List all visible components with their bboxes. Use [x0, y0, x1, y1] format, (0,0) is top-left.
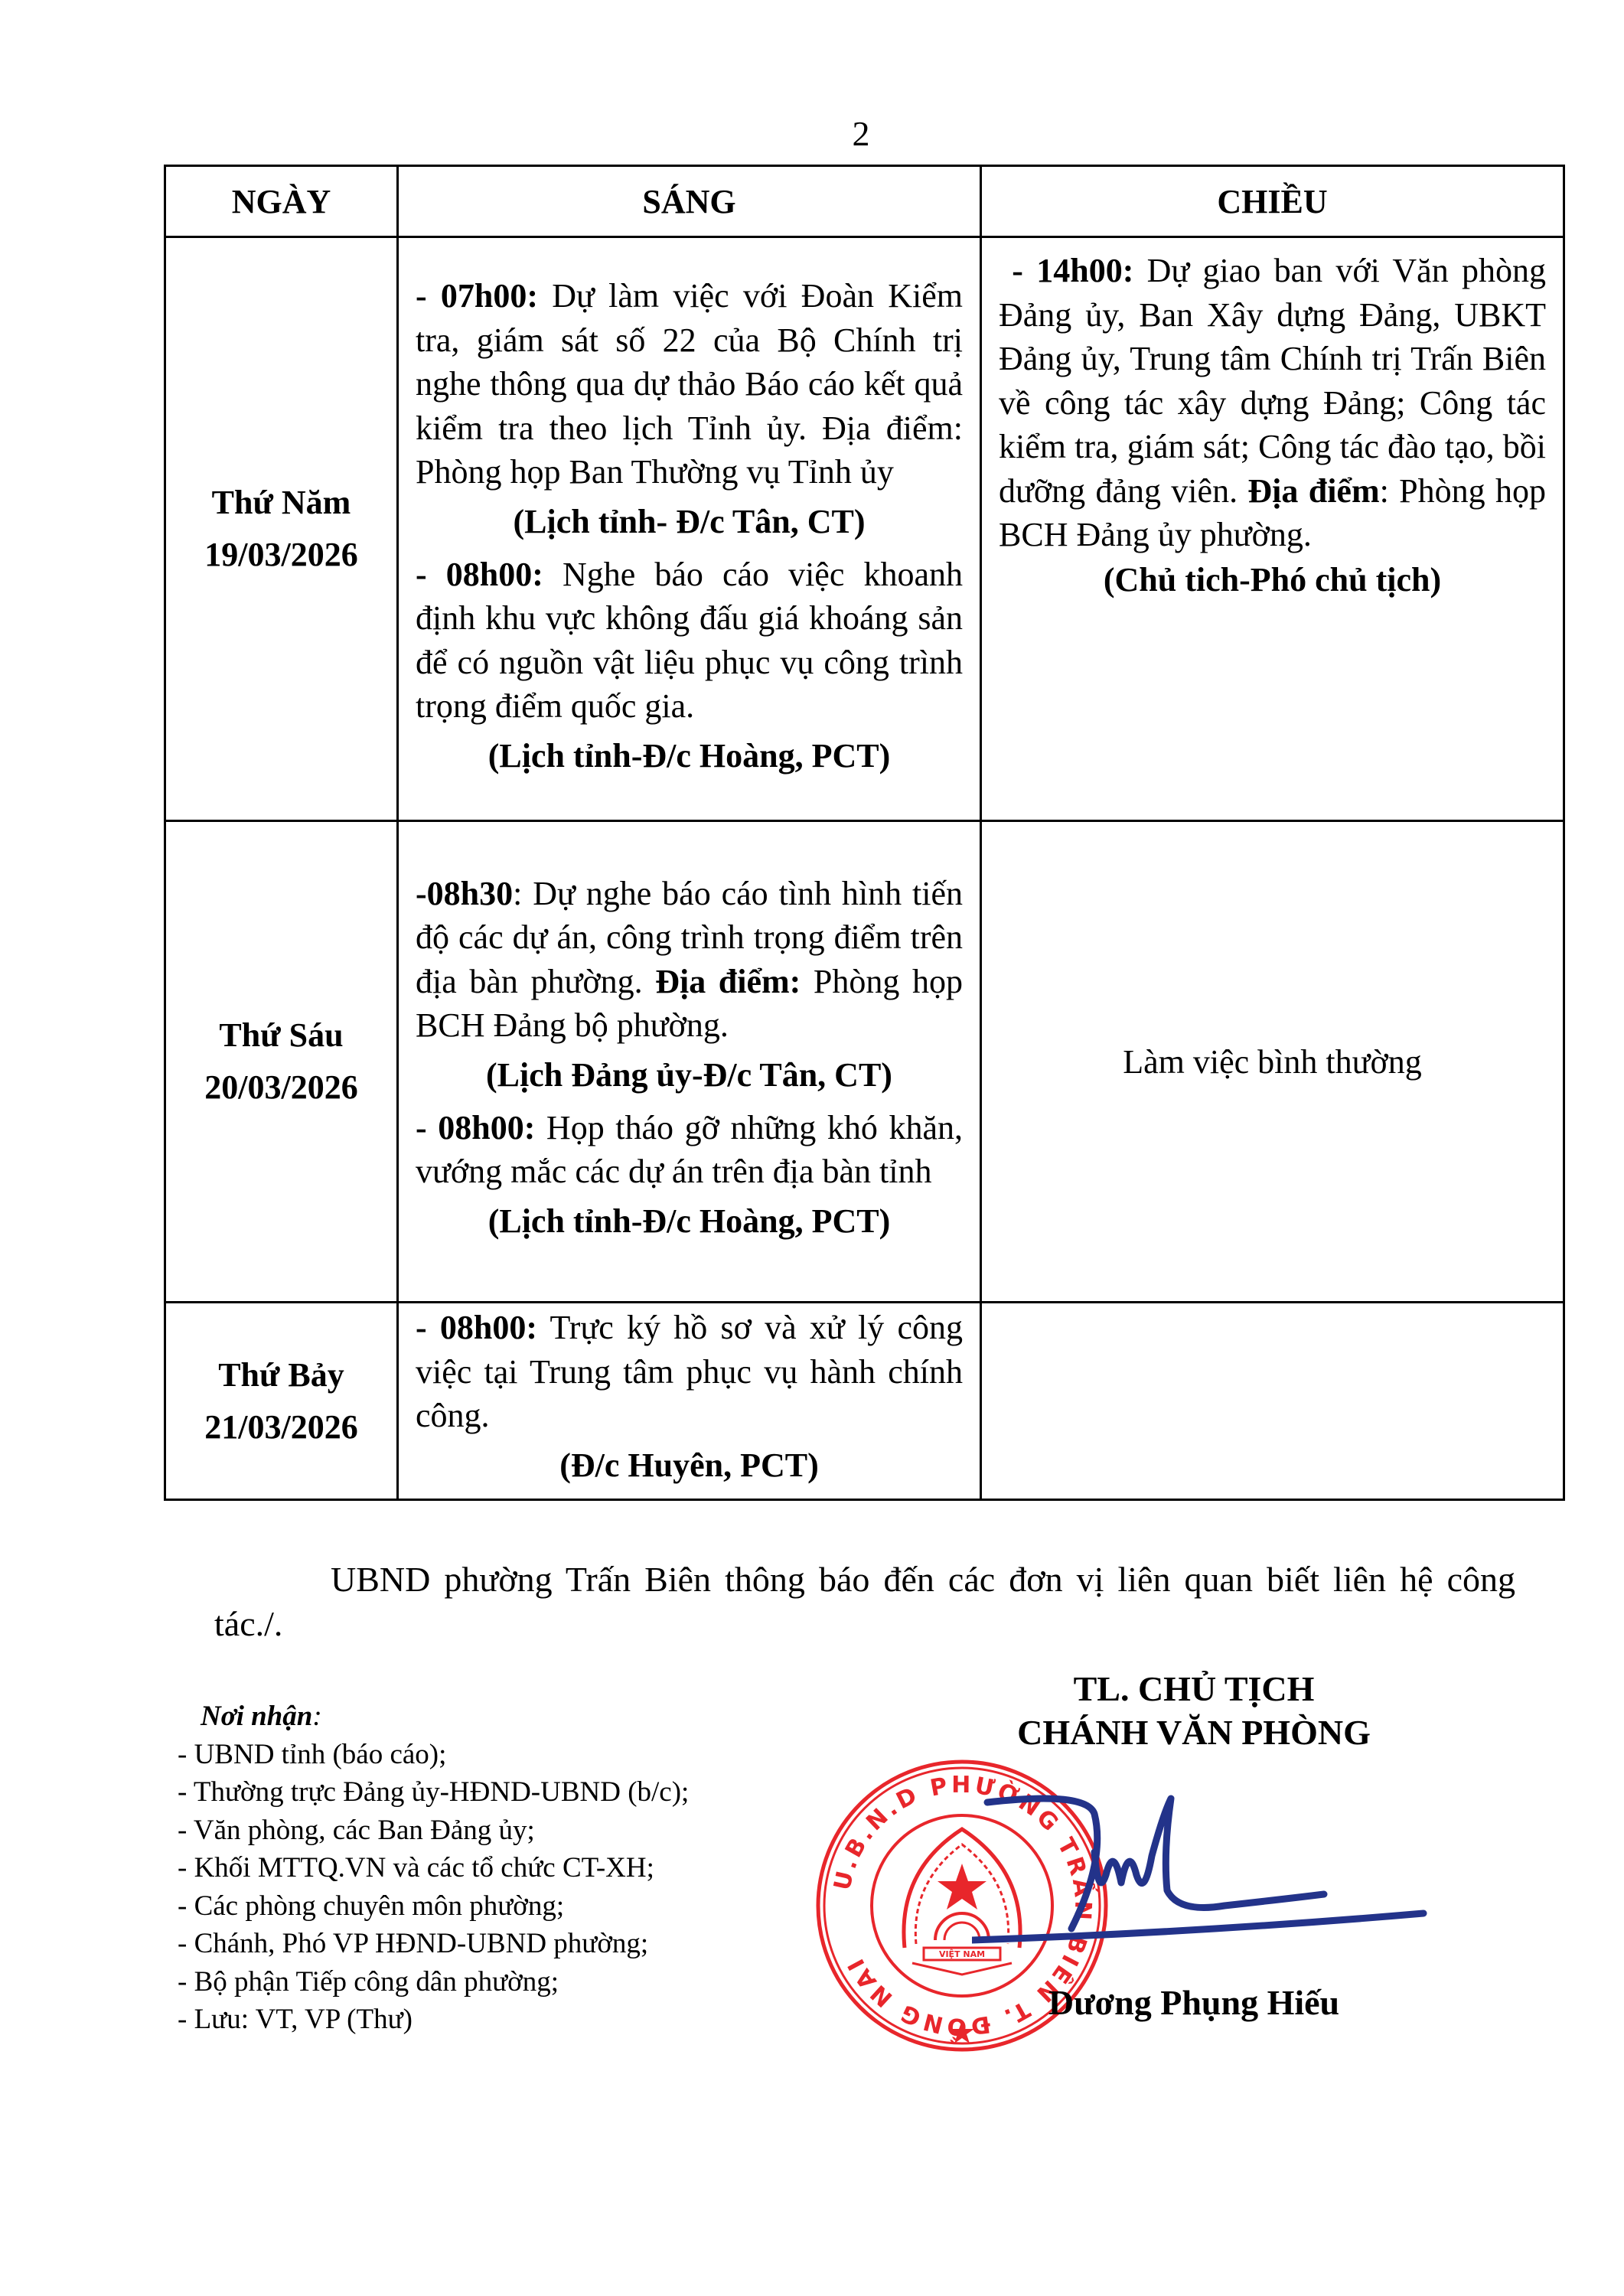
day-date: 19/03/2026 — [183, 529, 380, 581]
recipient-item: - Văn phòng, các Ban Đảng ủy; — [178, 1812, 689, 1850]
entry-time: - 14h00: — [1012, 252, 1133, 289]
signature-title-block: TL. CHỦ TỊCH CHÁNH VĂN PHÒNG — [880, 1667, 1508, 1754]
entry-time: - 08h00: — [416, 1309, 537, 1346]
closing-paragraph: UBND phường Trấn Biên thông báo đến các … — [214, 1557, 1515, 1646]
schedule-table: NGÀY SÁNG CHIỀU Thứ Năm 19/03/2026 - 07h… — [164, 165, 1565, 1501]
handwritten-signature-icon — [972, 1783, 1446, 1975]
schedule-entry: - 08h00: Nghe báo cáo việc khoanh định k… — [416, 553, 963, 729]
table-header-row: NGÀY SÁNG CHIỀU — [165, 166, 1564, 237]
day-cell: Thứ Sáu 20/03/2026 — [165, 821, 398, 1303]
schedule-entry: - 08h00: Trực ký hồ sơ và xử lý công việ… — [416, 1306, 963, 1438]
day-name: Thứ Năm — [183, 477, 380, 529]
day-cell: Thứ Năm 19/03/2026 — [165, 237, 398, 821]
signature-title-line1: TL. CHỦ TỊCH — [880, 1667, 1508, 1711]
entry-time: -08h30 — [416, 875, 513, 912]
recipient-item: - Các phòng chuyên môn phường; — [178, 1887, 689, 1926]
recipient-item: - Chánh, Phó VP HĐND-UBND phường; — [178, 1925, 689, 1963]
page-number: 2 — [0, 113, 1624, 154]
entry-location-label: Địa điểm: — [655, 963, 801, 1000]
day-date: 20/03/2026 — [183, 1062, 380, 1114]
recipient-item: - Khối MTTQ.VN và các tổ chức CT-XH; — [178, 1849, 689, 1887]
day-cell: Thứ Bảy 21/03/2026 — [165, 1303, 398, 1500]
entry-assignee: (Đ/c Huyên, PCT) — [416, 1443, 963, 1489]
entry-time: - 07h00: — [416, 277, 538, 315]
table-row: Thứ Sáu 20/03/2026 -08h30: Dự nghe báo c… — [165, 821, 1564, 1303]
entry-assignee: (Lịch tỉnh- Đ/c Tân, CT) — [416, 499, 963, 545]
schedule-entry: -08h30: Dự nghe báo cáo tình hình tiến đ… — [416, 872, 963, 1048]
afternoon-cell: Làm việc bình thường — [981, 821, 1564, 1303]
entry-assignee: (Lịch Đảng ủy-Đ/c Tân, CT) — [416, 1052, 963, 1098]
entry-location-label: Địa điểm — [1247, 472, 1379, 510]
recipient-item: - Bộ phận Tiếp công dân phường; — [178, 1963, 689, 2001]
signer-name: Dương Phụng Hiếu — [880, 1982, 1508, 2023]
entry-assignee: (Lịch tỉnh-Đ/c Hoàng, PCT) — [416, 1199, 963, 1244]
entry-assignee: (Lịch tỉnh-Đ/c Hoàng, PCT) — [416, 733, 963, 779]
recipients-title: Nơi nhận: — [178, 1698, 689, 1736]
morning-cell: - 08h00: Trực ký hồ sơ và xử lý công việ… — [398, 1303, 981, 1500]
table-row: Thứ Bảy 21/03/2026 - 08h00: Trực ký hồ s… — [165, 1303, 1564, 1500]
header-afternoon: CHIỀU — [981, 166, 1564, 237]
entry-time: - 08h00: — [416, 1109, 535, 1146]
day-name: Thứ Sáu — [183, 1009, 380, 1062]
morning-cell: -08h30: Dự nghe báo cáo tình hình tiến đ… — [398, 821, 981, 1303]
signature-title-line2: CHÁNH VĂN PHÒNG — [880, 1711, 1508, 1754]
header-morning: SÁNG — [398, 166, 981, 237]
afternoon-cell: - 14h00: Dự giao ban với Văn phòng Đảng … — [981, 237, 1564, 821]
entry-assignee: (Chủ tich-Phó chủ tịch) — [999, 557, 1546, 603]
recipients-block: Nơi nhận: - UBND tỉnh (báo cáo); - Thườn… — [178, 1698, 689, 2039]
schedule-entry: - 08h00: Họp tháo gỡ những khó khăn, vướ… — [416, 1106, 963, 1194]
morning-cell: - 07h00: Dự làm việc với Đoàn Kiểm tra, … — [398, 237, 981, 821]
entry-time: - 08h00: — [416, 556, 543, 593]
recipient-item: - Thường trực Đảng ủy-HĐND-UBND (b/c); — [178, 1773, 689, 1812]
day-name: Thứ Bảy — [183, 1349, 380, 1401]
recipient-item: - Lưu: VT, VP (Thư) — [178, 2001, 689, 2039]
recipient-item: - UBND tỉnh (báo cáo); — [178, 1736, 689, 1774]
schedule-entry: - 14h00: Dự giao ban với Văn phòng Đảng … — [999, 249, 1546, 557]
schedule-entry: - 07h00: Dự làm việc với Đoàn Kiểm tra, … — [416, 274, 963, 494]
header-day: NGÀY — [165, 166, 398, 237]
entry-text: Dự giao ban với Văn phòng Đảng ủy, Ban X… — [999, 252, 1546, 510]
afternoon-cell — [981, 1303, 1564, 1500]
table-row: Thứ Năm 19/03/2026 - 07h00: Dự làm việc … — [165, 237, 1564, 821]
day-date: 21/03/2026 — [183, 1401, 380, 1453]
